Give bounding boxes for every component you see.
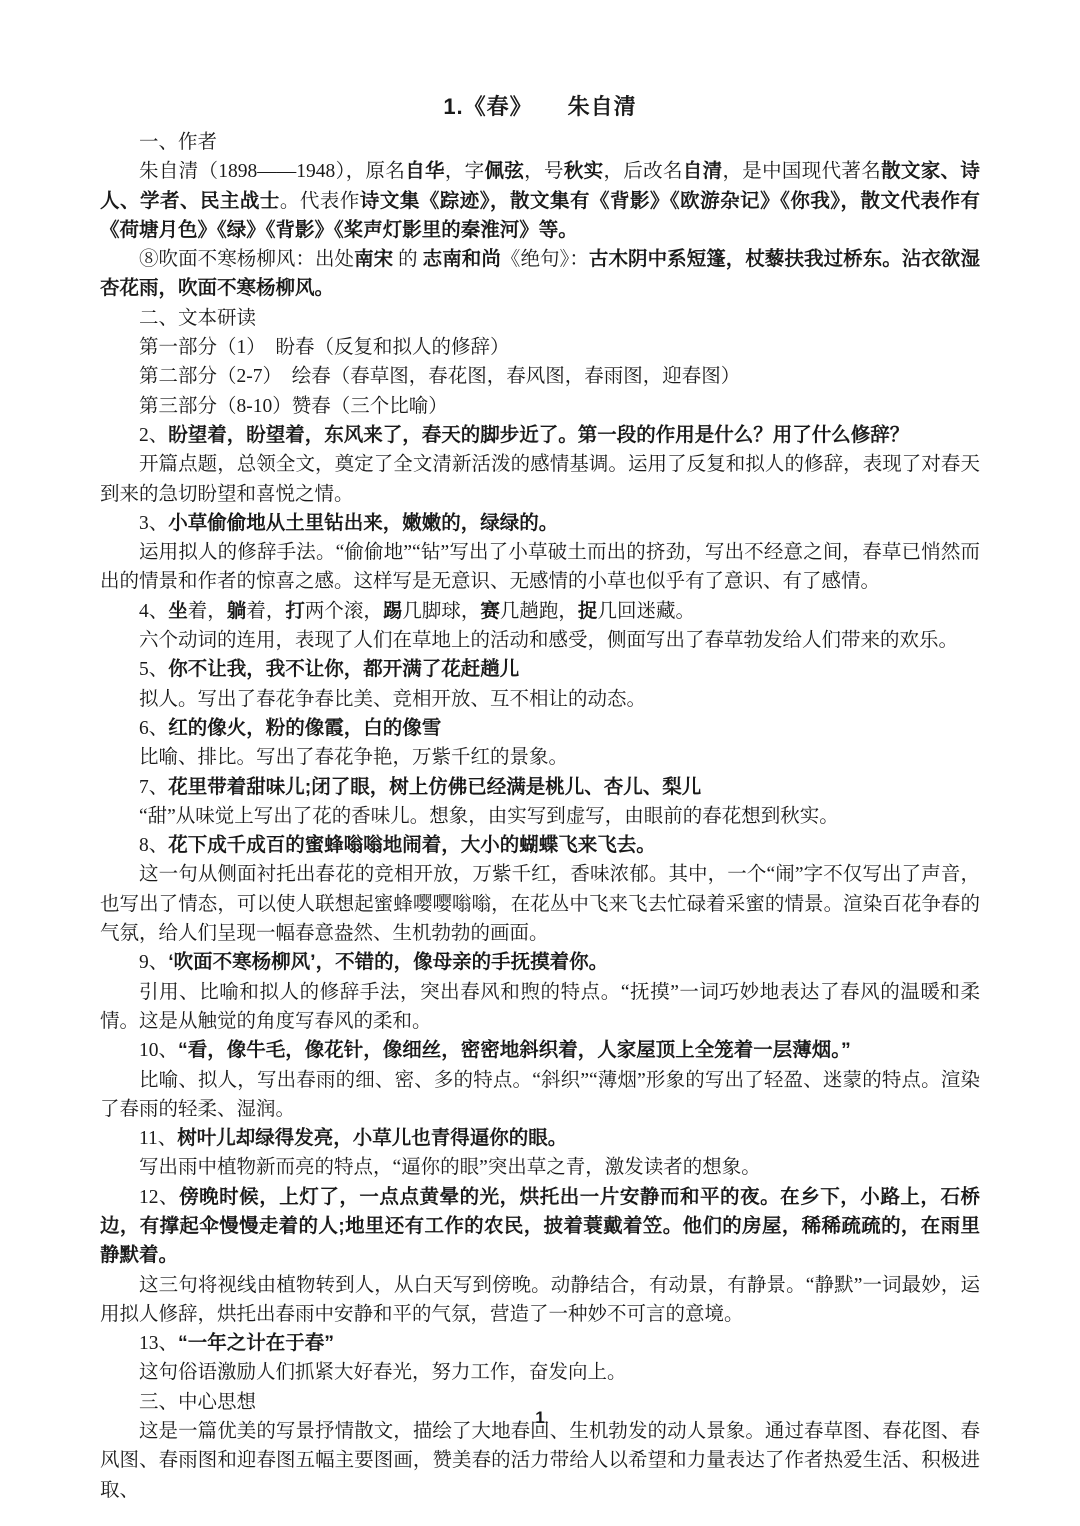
question-4: 4、坐着，躺着，打两个滚，踢几脚球，赛几趟跑，捉几回迷藏。 [100,597,980,626]
answer-12: 这三句将视线由植物转到人，从白天写到傍晚。动静结合，有动景，有静景。“静默”一词… [100,1271,980,1330]
text-run: 着， [188,601,227,622]
document-title: 1.《春》 朱自清 [100,92,980,122]
answer-6: 比喻、排比。写出了春花争艳，万紫千红的景象。 [100,743,980,772]
question-3: 3、小草偷偷地从土里钻出来，嫩嫩的，绿绿的。 [100,509,980,538]
note-8-willow-wind-paragraph: ⑧吹面不寒杨柳风：出处南宋 的 志南和尚《绝句》：古木阴中系短篷，杖藜扶我过桥东… [100,245,980,304]
question-number: 4、 [139,601,168,622]
question-text: 花下成千成百的蜜蜂嗡嗡地闹着，大小的蝴蝶飞来飞去。 [168,834,656,856]
question-8: 8、花下成千成百的蜜蜂嗡嗡地闹着，大小的蝴蝶飞来飞去。 [100,831,980,860]
text-run-bold: 秋实 [564,160,604,182]
answer-5: 拟人。写出了春花争春比美、竞相开放、互不相让的动态。 [100,685,980,714]
question-number: 12、 [139,1187,179,1208]
text-run-bold: 佩弦 [485,160,525,182]
text-run: 几回迷藏。 [597,601,695,622]
question-5: 5、你不让我，我不让你，都开满了花赶趟儿 [100,655,980,684]
question-6: 6、红的像火，粉的像霞，白的像雪 [100,714,980,743]
question-text: ‘吹面不寒杨柳风’，不错的，像母亲的手抚摸着你。 [168,951,608,973]
text-run: 。代表作 [280,191,360,212]
section-heading-text-study: 二、文本研读 [100,304,980,333]
question-2: 2、盼望着，盼望着，东风来了，春天的脚步近了。第一段的作用是什么？用了什么修辞？ [100,421,980,450]
question-9: 9、‘吹面不寒杨柳风’，不错的，像母亲的手抚摸着你。 [100,948,980,977]
answer-4: 六个动词的连用，表现了人们在草地上的活动和感受，侧面写出了春草勃发给人们带来的欢… [100,626,980,655]
document-page: 1.《春》 朱自清 一、作者 朱自清（1898——1948），原名自华，字佩弦，… [0,0,1080,1526]
answer-8: 这一句从侧面衬托出春花的竞相开放，万紫千红，香味浓郁。其中，一个“闹”字不仅写出… [100,860,980,948]
question-number: 7、 [139,777,168,798]
question-number: 9、 [139,952,168,973]
text-run: 几趟跑， [500,601,578,622]
verb-bold: 打 [285,600,305,622]
text-run: ，字 [445,161,485,182]
answer-11: 写出雨中植物新而亮的特点，“逼你的眼”突出草之青，激发读者的想象。 [100,1153,980,1182]
question-number: 2、 [139,425,168,446]
verb-bold: 坐 [168,600,188,622]
question-text: 红的像火，粉的像霞，白的像雪 [168,717,441,739]
text-run: 两个滚， [305,601,383,622]
verb-bold: 踢 [383,600,403,622]
question-text: 花里带着甜味儿;闭了眼，树上仿佛已经满是桃儿、杏儿、梨儿 [168,776,701,798]
text-run: 《绝句》： [501,249,589,270]
question-text: “看，像牛毛，像花针，像细丝，密密地斜织着，人家屋顶上全笼着一层薄烟。” [178,1039,851,1061]
answer-2: 开篇点题，总领全文，奠定了全文清新活泼的感情基调。运用了反复和拟人的修辞，表现了… [100,450,980,509]
question-text: 你不让我，我不让你，都开满了花赶趟儿 [168,658,519,680]
question-text: 盼望着，盼望着，东风来了，春天的脚步近了。第一段的作用是什么？用了什么修辞？ [168,424,909,446]
answer-3: 运用拟人的修辞手法。“偷偷地”“钻”写出了小草破土而出的挤劲，写出不经意之间，春… [100,538,980,597]
question-10: 10、“看，像牛毛，像花针，像细丝，密密地斜织着，人家屋顶上全笼着一层薄烟。” [100,1036,980,1065]
part-3-line: 第三部分（8-10）赞春（三个比喻） [100,392,980,421]
question-number: 6、 [139,718,168,739]
text-run: 的 [393,249,422,270]
answer-7: “甜”从味觉上写出了花的香味儿。想象，由实写到虚写，由眼前的春花想到秋实。 [100,802,980,831]
text-run: 朱自清（1898——1948），原名 [139,161,405,182]
answer-9: 引用、比喻和拟人的修辞手法，突出春风和煦的特点。“抚摸”一词巧妙地表达了春风的温… [100,978,980,1037]
section-heading-author: 一、作者 [100,128,980,157]
text-run: ，后改名 [603,161,682,182]
part-1-line: 第一部分（1） 盼春（反复和拟人的修辞） [100,333,980,362]
question-number: 13、 [139,1333,178,1354]
question-number: 5、 [139,659,168,680]
question-text: 树叶儿却绿得发亮，小草儿也青得逼你的眼。 [177,1127,567,1149]
part-2-line: 第二部分（2-7） 绘春（春草图，春花图，春风图，春雨图，迎春图） [100,362,980,391]
verb-bold: 捉 [578,600,598,622]
text-run: ，号 [524,161,564,182]
question-12: 12、傍晚时候，上灯了，一点点黄晕的光，烘托出一片安静而和平的夜。在乡下，小路上… [100,1183,980,1271]
verb-bold: 躺 [227,600,247,622]
text-run-bold: 志南和尚 [423,248,501,270]
author-intro-paragraph: 朱自清（1898——1948），原名自华，字佩弦，号秋实，后改名自清，是中国现代… [100,157,980,245]
question-11: 11、树叶儿却绿得发亮，小草儿也青得逼你的眼。 [100,1124,980,1153]
question-number: 3、 [139,513,168,534]
text-run-bold: 自清 [683,160,723,182]
text-run-bold: 南宋 [354,248,393,270]
question-text: 傍晚时候，上灯了，一点点黄晕的光，烘托出一片安静而和平的夜。在乡下，小路上，石桥… [100,1186,980,1267]
question-number: 8、 [139,835,168,856]
question-7: 7、花里带着甜味儿;闭了眼，树上仿佛已经满是桃儿、杏儿、梨儿 [100,773,980,802]
text-run-bold: 自华 [405,160,445,182]
central-idea-paragraph: 这是一篇优美的写景抒情散文，描绘了大地春回、生机勃发的动人景象。通过春草图、春花… [100,1417,980,1505]
text-run: 着， [246,601,285,622]
question-text: “一年之计在于春” [178,1332,334,1354]
text-run: ，是中国现代著名 [722,161,881,182]
answer-10: 比喻、拟人，写出春雨的细、密、多的特点。“斜织”“薄烟”形象的写出了轻盈、迷蒙的… [100,1066,980,1125]
text-run: 几脚球， [402,601,480,622]
page-number: 1 [0,1408,1080,1428]
question-number: 11、 [139,1128,177,1149]
verb-bold: 赛 [480,600,500,622]
question-13: 13、“一年之计在于春” [100,1329,980,1358]
answer-13: 这句俗语激励人们抓紧大好春光，努力工作，奋发向上。 [100,1358,980,1387]
text-run: ⑧吹面不寒杨柳风：出处 [139,249,354,270]
question-text: 小草偷偷地从土里钻出来，嫩嫩的，绿绿的。 [168,512,558,534]
question-number: 10、 [139,1040,178,1061]
